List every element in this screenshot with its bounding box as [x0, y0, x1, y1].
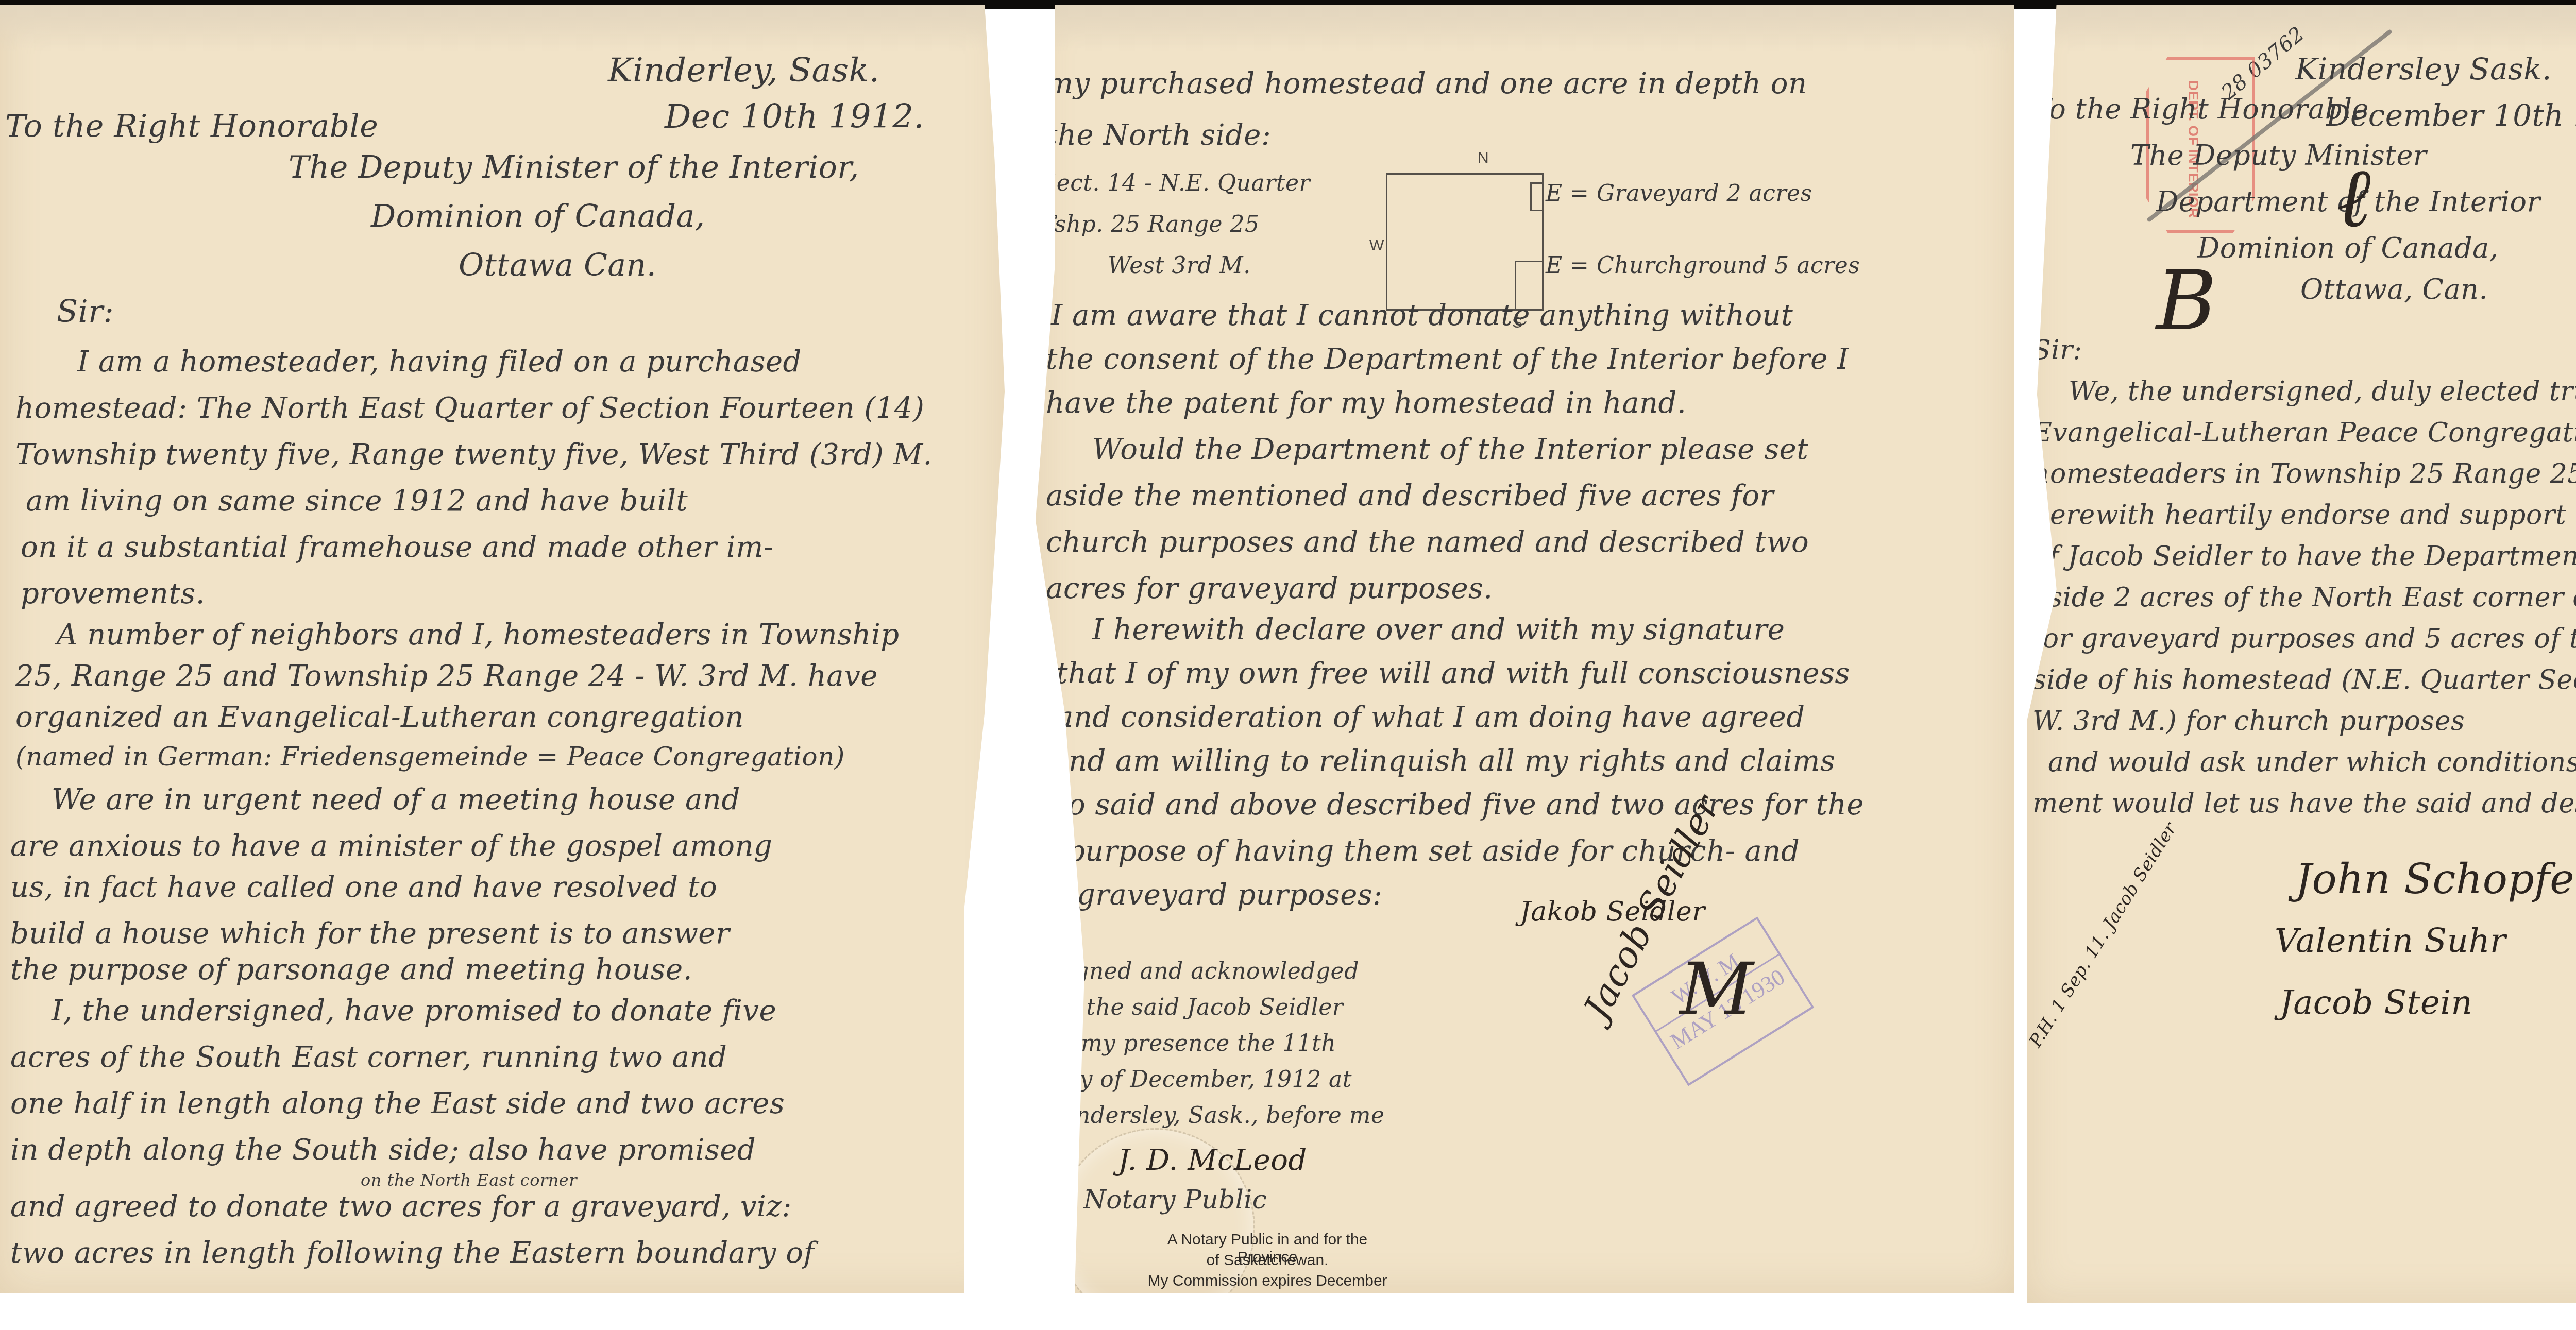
- insertion-note: on the North East corner: [361, 1170, 577, 1190]
- check-mark-flourish: ℓ: [2336, 149, 2371, 246]
- notary-text: Kindersley, Sask., before me: [1051, 1102, 1385, 1129]
- body-line: are anxious to have a minister of the go…: [10, 829, 772, 863]
- body-line: 25, Range 25 and Township 25 Range 24 - …: [15, 659, 878, 693]
- addressee-line: Ottawa, Can.: [2300, 273, 2488, 305]
- notary-text: day of December, 1912 at: [1051, 1066, 1352, 1093]
- notary-text: in my presence the 11th: [1051, 1030, 1336, 1056]
- notary-text: by the said Jacob Seidler: [1051, 994, 1343, 1020]
- salutation-to: To the Right Honorable: [5, 108, 378, 144]
- body-line: one half in length along the East side a…: [10, 1087, 785, 1120]
- body-line: aside 2 acres of the North East corner o…: [2032, 582, 2576, 613]
- greeting: Sir:: [57, 294, 114, 330]
- addressee-line: The Deputy Minister of the Interior,: [289, 149, 859, 185]
- body-line: for graveyard purposes and 5 acres of th…: [2032, 623, 2576, 654]
- addressee-line: Ottawa Can.: [459, 247, 656, 283]
- initial-mark: M: [1680, 948, 1754, 1032]
- diagram-label-church: E = Churchground 5 acres: [1546, 252, 1860, 279]
- diagram-label-graveyard: E = Graveyard 2 acres: [1546, 180, 1812, 207]
- signature-trustee: Valentin Suhr: [2275, 922, 2506, 960]
- compass-west: W: [1369, 237, 1384, 254]
- body-line: organized an Evangelical-Lutheran congre…: [15, 701, 744, 734]
- body-line: I, the undersigned, have promised to don…: [52, 994, 776, 1028]
- legal-description: Sect. 14 - N.E. Quarter: [1041, 170, 1310, 196]
- body-line: acres for graveyard purposes.: [1046, 572, 1493, 605]
- homestead-diagram: [1386, 173, 1544, 311]
- body-line: the purpose of parsonage and meeting hou…: [10, 953, 692, 986]
- body-line: Would the Department of the Interior ple…: [1092, 433, 1808, 466]
- body-line: the North side:: [1046, 118, 1271, 152]
- addressee-line: The Deputy Minister: [2130, 139, 2427, 172]
- body-line: the consent of the Department of the Int…: [1046, 343, 1849, 376]
- body-line: W. 3rd M.) for church purposes: [2032, 706, 2465, 737]
- body-line: my purchased homestead and one acre in d…: [1046, 67, 1807, 100]
- notary-print-line: of Saskatchewan.: [1139, 1252, 1396, 1269]
- body-line: ment would let us have the said and desc…: [2032, 788, 2576, 819]
- letter-page-1: Kinderley, Sask. Dec 10th 1912. To the R…: [0, 5, 1005, 1293]
- salutation-to: To the Right Honorable: [2032, 93, 2369, 125]
- body-line: (named in German: Friedensgemeinde = Pea…: [15, 742, 845, 772]
- body-line: I am aware that I cannot donate anything…: [1051, 299, 1793, 332]
- body-line: homesteaders in Township 25 Range 25 W. …: [2032, 458, 2576, 489]
- body-line: We, the undersigned, duly elected truste…: [2069, 376, 2576, 407]
- body-line: Evangelical-Lutheran Peace Congregation,…: [2032, 417, 2576, 448]
- body-line: church purposes and the named and descri…: [1046, 525, 1809, 559]
- notary-signature: J. D. McLeod: [1118, 1144, 1307, 1177]
- body-line: herewith heartily endorse and support th…: [2032, 500, 2576, 531]
- body-line: acres of the South East corner, running …: [10, 1041, 727, 1074]
- notary-title: A Notary Public: [1056, 1185, 1267, 1215]
- body-line: graveyard purposes:: [1077, 878, 1382, 912]
- date-line: Dec 10th 1912.: [665, 98, 924, 136]
- body-line: on it a substantial framehouse and made …: [21, 531, 773, 564]
- body-line: side of his homestead (N.E. Quarter Sect…: [2032, 664, 2576, 695]
- body-line: and consideration of what I am doing hav…: [1056, 701, 1805, 734]
- body-line: am living on same since 1912 and have bu…: [26, 484, 688, 518]
- body-line: to said and above described five and two…: [1056, 788, 1864, 822]
- signature-trustee: Jacob Stein: [2280, 984, 2472, 1022]
- body-line: of Jacob Seidler to have the Department …: [2032, 541, 2576, 572]
- body-line: I herewith declare over and with my sign…: [1092, 613, 1785, 646]
- place-line: Kinderley, Sask.: [608, 52, 880, 90]
- compass-north: N: [1478, 149, 1489, 167]
- body-line: and would ask under which conditions you…: [2048, 747, 2576, 778]
- body-line: aside the mentioned and described five a…: [1046, 479, 1774, 513]
- body-line: Township twenty five, Range twenty five,…: [15, 438, 933, 471]
- legal-description: Tshp. 25 Range 25: [1041, 211, 1260, 237]
- margin-note: P.H. 1 Sep. 11. Jacob Seidler: [2025, 819, 2181, 1051]
- body-line: and agreed to donate two acres for a gra…: [10, 1190, 792, 1223]
- body-line: We are in urgent need of a meeting house…: [52, 783, 740, 816]
- initials-mark: B: [2156, 252, 2217, 349]
- body-line: that I of my own free will and with full…: [1056, 657, 1850, 690]
- legal-description: West 3rd M.: [1108, 252, 1251, 279]
- letter-page-3: 28 03762 DEPT. OF INTERIOR To the Right …: [2027, 5, 2576, 1303]
- greeting: Sir:: [2032, 335, 2082, 366]
- body-line: build a house which for the present is t…: [10, 917, 730, 950]
- letter-page-2: my purchased homestead and one acre in d…: [1036, 5, 2014, 1293]
- place-line: Kindersley Sask.: [2295, 52, 2552, 87]
- body-line: in depth along the South side; also have…: [10, 1133, 756, 1167]
- graveyard-plot: [1530, 182, 1544, 211]
- body-line: provements.: [21, 577, 205, 610]
- body-line: us, in fact have called one and have res…: [10, 871, 717, 904]
- body-line: have the patent for my homestead in hand…: [1046, 386, 1686, 420]
- notary-text: Signed and acknowledged: [1051, 958, 1359, 984]
- signature-trustee: John Schopfer: [2295, 855, 2576, 903]
- addressee-line: Dominion of Canada,: [371, 198, 705, 234]
- body-line: homestead: The North East Quarter of Sec…: [15, 391, 924, 425]
- notary-print-line: My Commission expires December 31, 1914: [1139, 1272, 1396, 1307]
- date-line: December 10th 1912.: [2326, 98, 2576, 133]
- body-line: A number of neighbors and I, homesteader…: [57, 618, 900, 652]
- body-line: I am a homesteader, having filed on a pu…: [77, 345, 802, 379]
- body-line: and am willing to relinquish all my righ…: [1051, 744, 1835, 778]
- body-line: two acres in length following the Easter…: [10, 1236, 815, 1270]
